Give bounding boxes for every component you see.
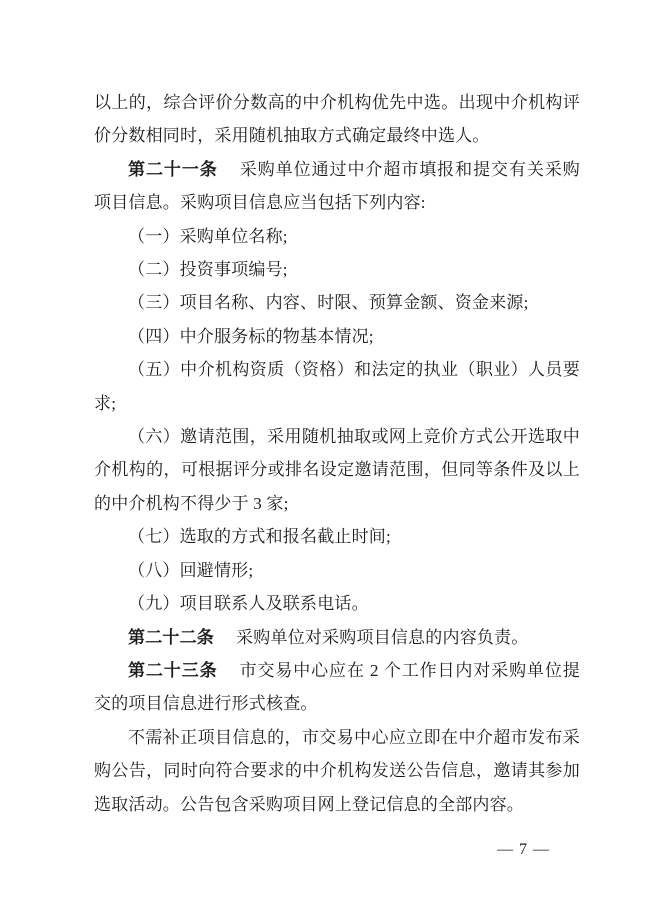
page-number: — 7 — <box>497 841 550 859</box>
list-item-5: （五）中介机构资质（资格）和法定的执业（职业）人员要求; <box>94 353 580 420</box>
list-item-4: （四）中介服务标的物基本情况; <box>94 320 580 353</box>
list-item-8: （八）回避情形; <box>94 554 580 587</box>
article-paragraph-22: 第二十二条采购单位对采购项目信息的内容负责。 <box>94 621 580 654</box>
list-item-9: （九）项目联系人及联系电话。 <box>94 587 580 620</box>
page-body: 以上的，综合评价分数高的中介机构优先中选。出现中介机构评价分数相同时，采用随机抽… <box>94 86 580 821</box>
list-item-7: （七）选取的方式和报名截止时间; <box>94 520 580 553</box>
article-number-23: 第二十三条 <box>128 661 217 680</box>
list-item-3: （三）项目名称、内容、时限、预算金额、资金来源; <box>94 286 580 319</box>
article-paragraph-23: 第二十三条市交易中心应在 2 个工作日内对采购单位提交的项目信息进行形式核查。 <box>94 654 580 721</box>
paragraph-continuation: 以上的，综合评价分数高的中介机构优先中选。出现中介机构评价分数相同时，采用随机抽… <box>94 86 580 153</box>
document-page: 以上的，综合评价分数高的中介机构优先中选。出现中介机构评价分数相同时，采用随机抽… <box>0 0 662 916</box>
article-number-21: 第二十一条 <box>128 160 218 179</box>
article-text-22: 采购单位对采购项目信息的内容负责。 <box>236 628 528 647</box>
article-number-22: 第二十二条 <box>128 628 214 647</box>
paragraph-body: 不需补正项目信息的，市交易中心应立即在中介超市发布采购公告，同时向符合要求的中介… <box>94 721 580 821</box>
article-paragraph-21: 第二十一条采购单位通过中介超市填报和提交有关采购项目信息。采购项目信息应当包括下… <box>94 153 580 220</box>
list-item-2: （二）投资事项编号; <box>94 253 580 286</box>
list-item-1: （一）采购单位名称; <box>94 220 580 253</box>
list-item-6: （六）邀请范围，采用随机抽取或网上竞价方式公开选取中介机构的，可根据评分或排名设… <box>94 420 580 520</box>
